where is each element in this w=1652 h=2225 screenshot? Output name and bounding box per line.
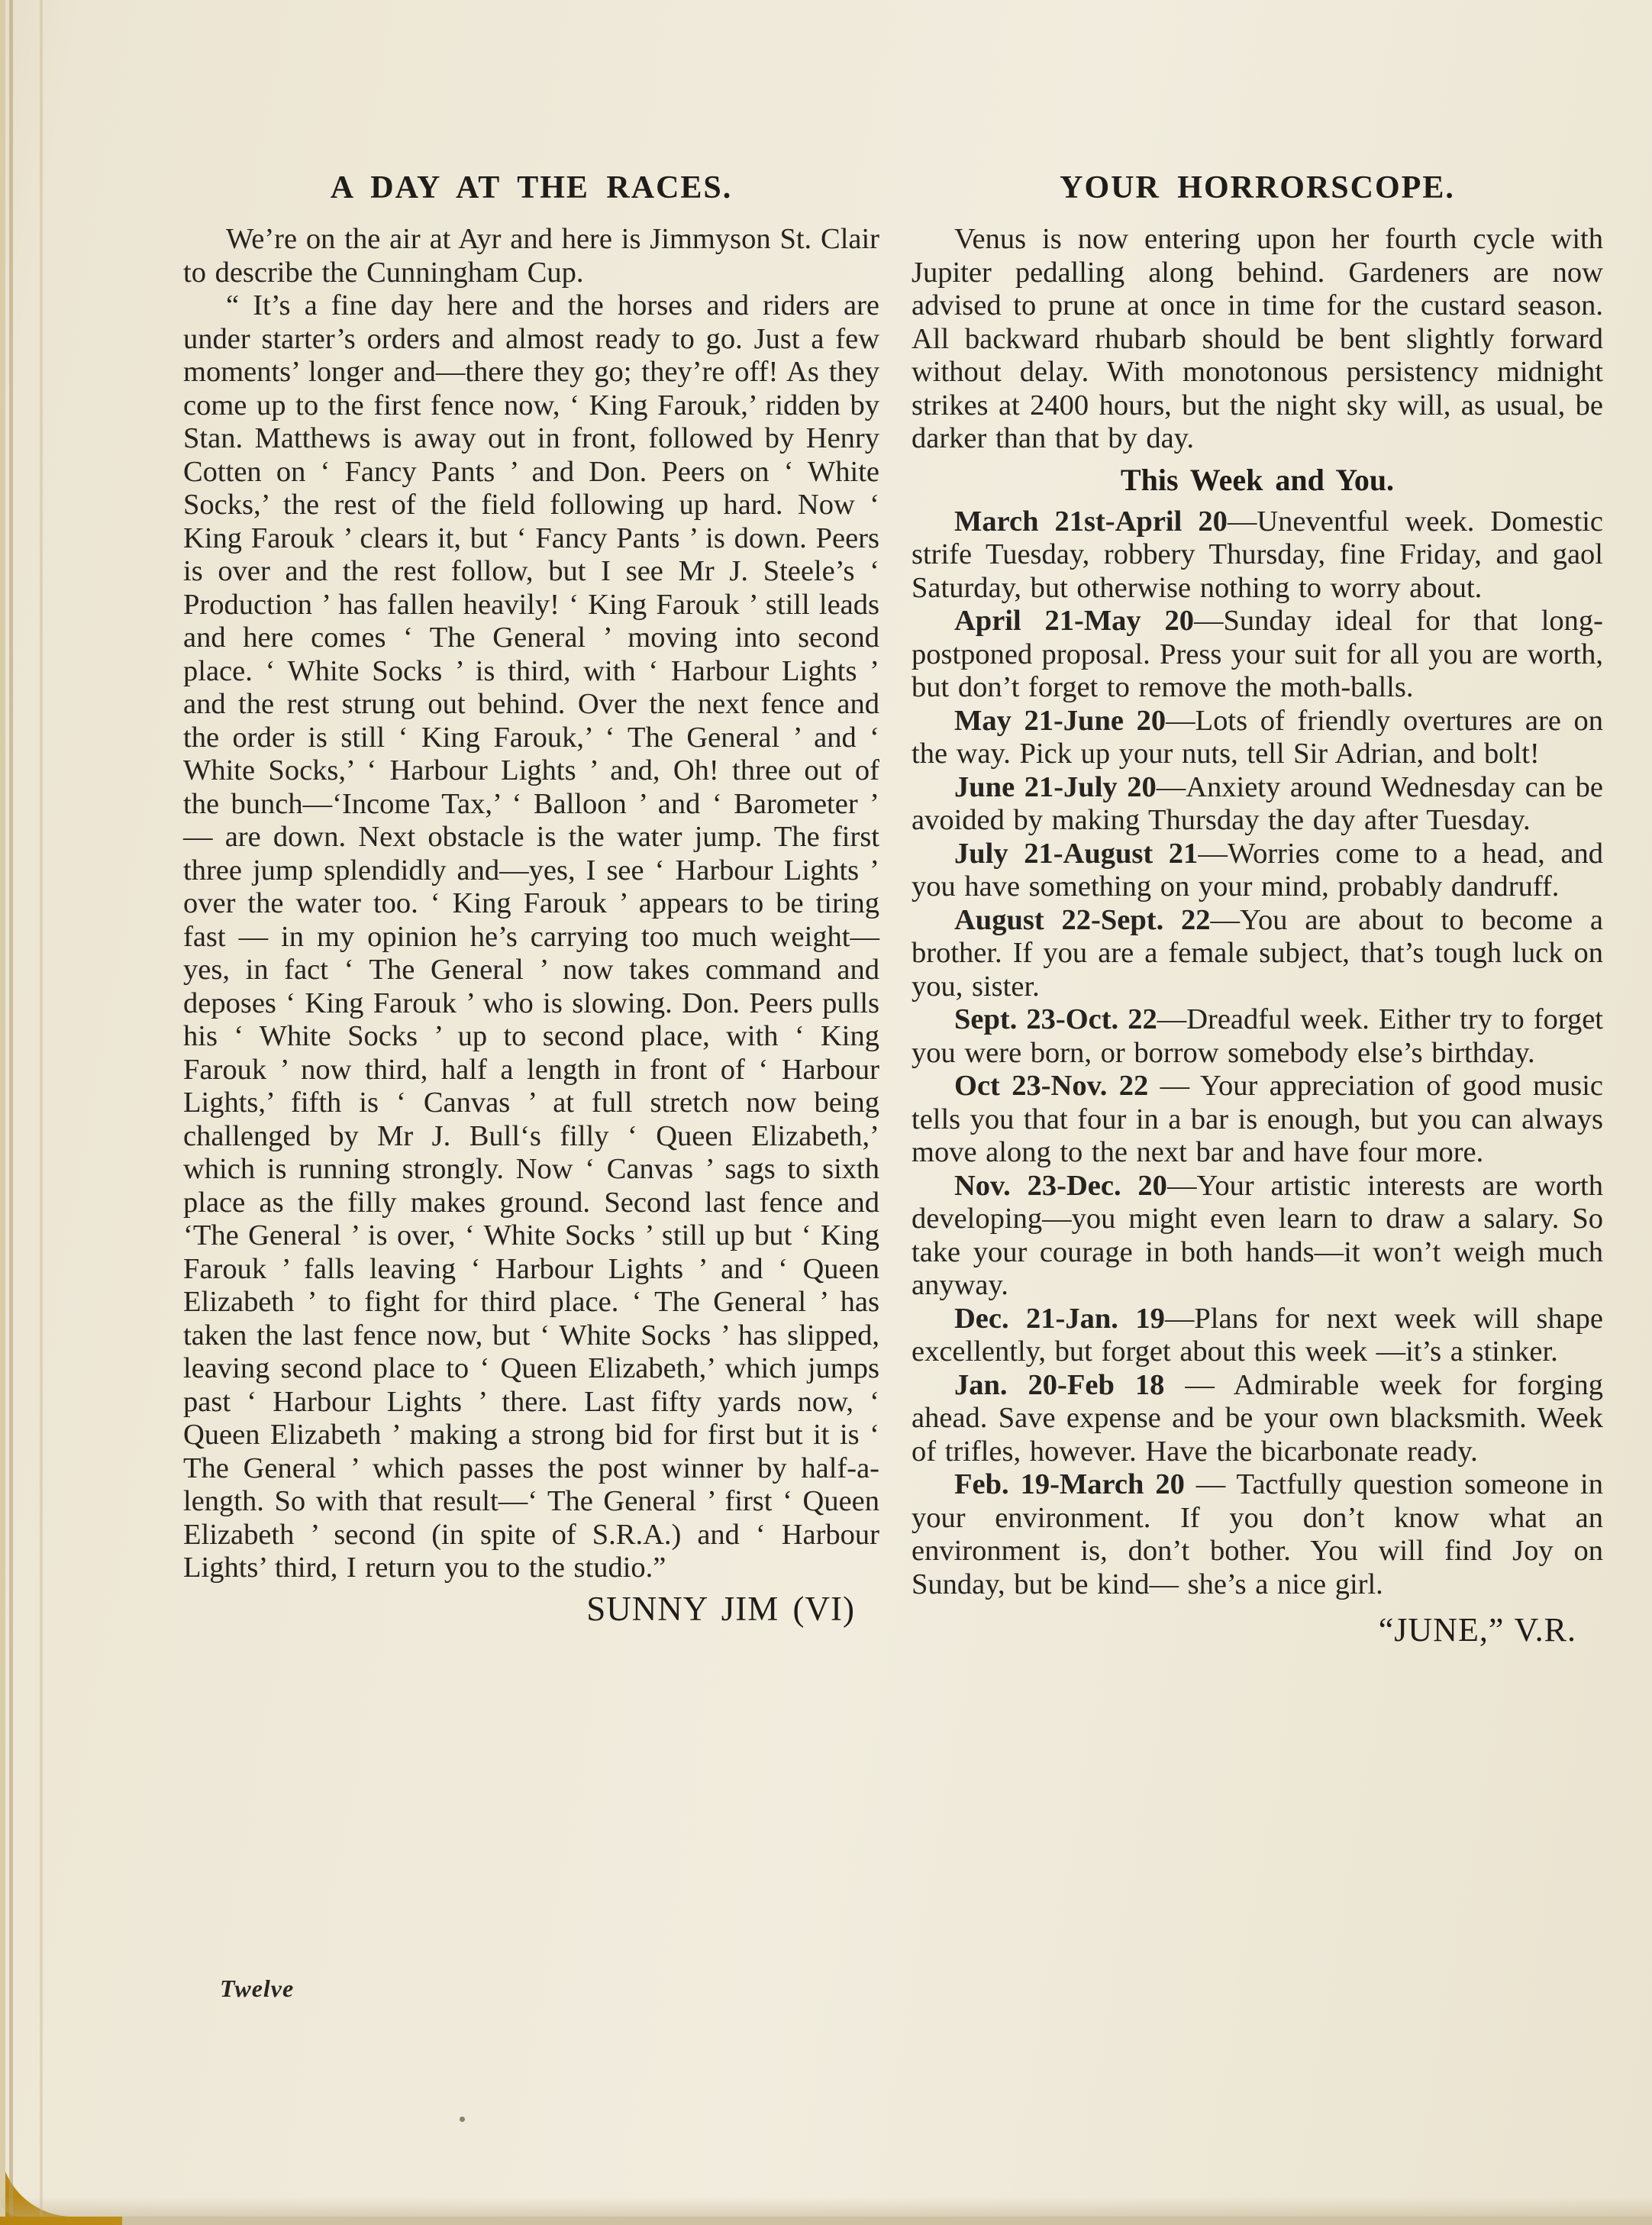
entry-date-range: Nov. 23-Dec. 20 xyxy=(954,1170,1167,1202)
horoscope-entry-virgo: August 22-Sept. 22—You are about to beco… xyxy=(912,904,1603,1004)
horoscope-entry-pisces: Feb. 19-March 20 — Tactfully question so… xyxy=(912,1468,1603,1601)
horrorscope-title: YOUR HORRORSCOPE. xyxy=(912,170,1603,206)
entry-date-range: March 21st-April 20 xyxy=(954,505,1228,538)
entry-date-range: April 21-May 20 xyxy=(954,605,1194,637)
horrorscope-signature: “JUNE,” V.R. xyxy=(912,1613,1603,1647)
article-horrorscope: YOUR HORRORSCOPE. Venus is now entering … xyxy=(912,170,1603,1647)
horoscope-entry-scorpio: Oct 23-Nov. 22 — Your appreciation of go… xyxy=(912,1070,1603,1170)
binding-crease-faint xyxy=(40,0,43,2217)
entry-date-range: May 21-June 20 xyxy=(954,705,1166,737)
horoscope-entry-gemini: May 21-June 20—Lots of friendly overture… xyxy=(912,705,1603,771)
entry-date-range: Feb. 19-March 20 xyxy=(954,1468,1185,1500)
entry-date-range: July 21-August 21 xyxy=(954,838,1198,870)
horrorscope-intro: Venus is now entering upon her fourth cy… xyxy=(912,223,1603,456)
ink-speck xyxy=(460,2117,465,2122)
races-article-title: A DAY AT THE RACES. xyxy=(183,170,879,206)
races-paragraph-intro: We’re on the air at Ayr and here is Jimm… xyxy=(183,223,879,289)
entry-date-range: Oct 23-Nov. 22 xyxy=(954,1070,1148,1102)
horoscope-entry-taurus: April 21-May 20—Sunday ideal for that lo… xyxy=(912,605,1603,705)
article-day-at-the-races: A DAY AT THE RACES. We’re on the air at … xyxy=(183,170,879,1626)
horoscope-entry-leo: July 21-August 21—Worries come to a head… xyxy=(912,838,1603,904)
horrorscope-subtitle: This Week and You. xyxy=(912,462,1603,498)
horoscope-entry-libra: Sept. 23-Oct. 22—Dreadful week. Either t… xyxy=(912,1003,1603,1070)
horoscope-entry-aries: March 21st-April 20—Uneventful week. Dom… xyxy=(912,505,1603,605)
horoscope-entry-cancer: June 21-July 20—Anxiety around Wednesday… xyxy=(912,771,1603,838)
entry-date-range: Sept. 23-Oct. 22 xyxy=(954,1003,1157,1035)
page: A DAY AT THE RACES. We’re on the air at … xyxy=(0,0,1652,2217)
entry-date-range: June 21-July 20 xyxy=(954,771,1157,803)
horoscope-entry-aquarius: Jan. 20-Feb 18 — Admirable week for forg… xyxy=(912,1369,1603,1469)
horoscope-entry-sagittarius: Nov. 23-Dec. 20—Your artistic interests … xyxy=(912,1170,1603,1303)
races-paragraph-commentary: “ It’s a fine day here and the horses an… xyxy=(183,289,879,1585)
entry-date-range: Dec. 21-Jan. 19 xyxy=(954,1303,1165,1335)
binding-crease xyxy=(9,0,13,2217)
races-signature: SUNNY JIM (VI) xyxy=(183,1593,879,1626)
page-number: Twelve xyxy=(220,1975,294,2003)
horoscope-entry-capricorn: Dec. 21-Jan. 19—Plans for next week will… xyxy=(912,1303,1603,1369)
page-edge xyxy=(0,0,5,2217)
entry-date-range: Jan. 20-Feb 18 xyxy=(954,1369,1164,1401)
entry-date-range: August 22-Sept. 22 xyxy=(954,904,1211,936)
